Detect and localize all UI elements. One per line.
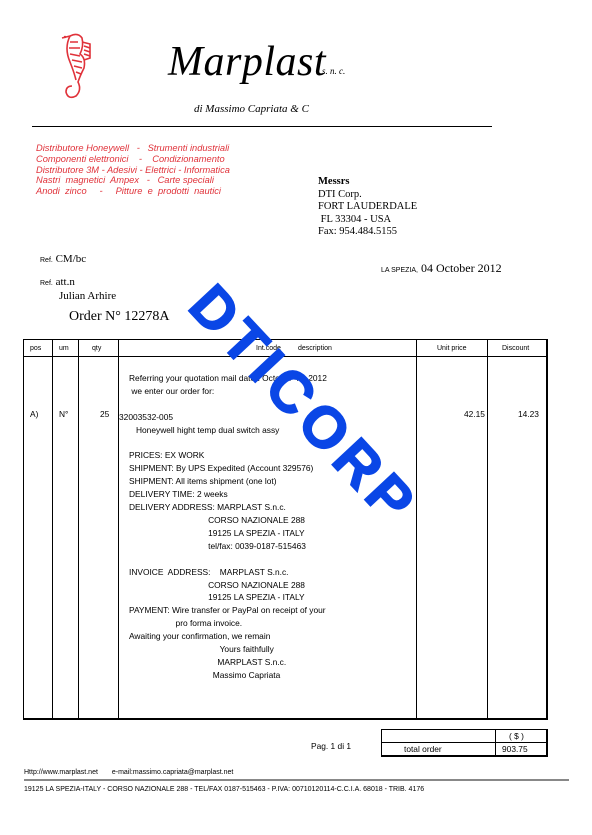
total-value: 903.75 <box>502 744 528 754</box>
footer-contacts: Http://www.marplast.net e-mail:massimo.c… <box>24 769 233 776</box>
company-brand: Marplast <box>168 38 326 86</box>
ref-value: CM/bc <box>56 253 87 265</box>
description-line: Referring your quotation mail dated Octo… <box>129 372 327 385</box>
date-city: LA SPEZIA, <box>381 267 418 274</box>
column-header-unit-price: Unit price <box>437 345 467 352</box>
description-line: SHIPMENT: All items shipment (one lot) <box>129 475 327 488</box>
description-line: 19125 LA SPEZIA - ITALY <box>129 591 327 604</box>
document-date: LA SPEZIA, 04 October 2012 <box>381 261 502 276</box>
description-line: Yours faithfully <box>129 643 327 656</box>
company-suffix: s. n. c. <box>322 66 345 76</box>
email-link[interactable]: e-mail:massimo.capriata@marplast.net <box>112 769 233 776</box>
recipient-line: FORT LAUDERDALE <box>318 201 417 214</box>
column-divider <box>52 340 53 718</box>
currency-label: ( $ ) <box>509 731 524 741</box>
company-owner: di Massimo Capriata & C <box>194 103 309 115</box>
description-line: CORSO NAZIONALE 288 <box>129 514 327 527</box>
order-table: pos um qty Int.code description Unit pri… <box>23 339 548 720</box>
service-line: Componenti elettronici - Condizionamento <box>36 154 230 165</box>
column-divider <box>118 340 119 718</box>
description-line: Massimo Capriata <box>129 669 327 682</box>
description-line: pro forma invoice. <box>129 617 327 630</box>
footer-address: 19125 LA SPEZIA-ITALY - CORSO NAZIONALE … <box>24 786 424 793</box>
ref-label: Ref. <box>40 280 53 287</box>
recipient-heading: Messrs <box>318 176 417 189</box>
recipient-line: DTI Corp. <box>318 189 417 202</box>
description-line: PAYMENT: Wire transfer or PayPal on rece… <box>129 604 327 617</box>
totals-box: ( $ ) total order 903.75 <box>381 729 548 757</box>
reference-1: Ref. CM/bc <box>40 253 86 265</box>
contact-name: Julian Arhire <box>40 290 116 303</box>
description-line <box>129 437 327 450</box>
services-list: Distributore Honeywell - Strumenti indus… <box>36 143 230 197</box>
row-unit-price: 42.15 <box>464 409 485 419</box>
order-description: Referring your quotation mail dated Octo… <box>129 372 327 682</box>
header-divider <box>32 126 492 127</box>
recipient-line: Fax: 954.484.5155 <box>318 226 417 239</box>
description-line <box>129 553 327 566</box>
reference-2: Ref. att.n Julian Arhire <box>40 276 116 303</box>
service-line: Nastri magnetici Ampex - Carte speciali <box>36 175 230 186</box>
description-line <box>129 398 327 411</box>
column-divider <box>487 340 488 718</box>
row-qty: 25 <box>100 409 109 419</box>
recipient-address: Messrs DTI Corp. FORT LAUDERDALE FL 3330… <box>318 176 417 239</box>
header-divider <box>24 356 546 357</box>
description-line: PRICES: EX WORK <box>129 449 327 462</box>
column-divider <box>78 340 79 718</box>
service-line: Distributore 3M - Adesivi - Elettrici - … <box>36 165 230 176</box>
ref-value: att.n <box>56 276 75 288</box>
column-header-pos: pos <box>30 345 41 352</box>
website-link[interactable]: Http://www.marplast.net <box>24 769 98 776</box>
description-line: DELIVERY ADDRESS: MARPLAST S.n.c. <box>129 501 327 514</box>
column-header-qty: qty <box>92 345 101 352</box>
order-title: Order N° 12278A <box>69 309 169 325</box>
column-header-discount: Discount <box>502 345 529 352</box>
page-indicator: Pag. 1 di 1 <box>311 741 351 751</box>
totals-divider <box>382 742 546 743</box>
row-pos: A) <box>30 409 38 419</box>
column-header-description: description <box>298 345 332 352</box>
description-line: 32003532-005 <box>119 411 327 424</box>
description-line: 19125 LA SPEZIA - ITALY <box>129 527 327 540</box>
description-line: DELIVERY TIME: 2 weeks <box>129 488 327 501</box>
description-line: CORSO NAZIONALE 288 <box>129 579 327 592</box>
footer-divider <box>24 779 569 781</box>
description-line: MARPLAST S.n.c. <box>129 656 327 669</box>
total-label: total order <box>404 744 442 754</box>
column-header-code: Int.code <box>256 345 281 352</box>
row-discount: 14.23 <box>518 409 539 419</box>
description-line: Honeywell hight temp dual switch assy <box>129 424 327 437</box>
description-line: SHIPMENT: By UPS Expedited (Account 3295… <box>129 462 327 475</box>
date-value: 04 October 2012 <box>421 261 502 275</box>
ref-label: Ref. <box>40 257 53 264</box>
column-divider <box>416 340 417 718</box>
seahorse-logo-icon <box>56 28 96 104</box>
recipient-line: FL 33304 - USA <box>318 214 417 227</box>
service-line: Distributore Honeywell - Strumenti indus… <box>36 143 230 154</box>
description-line: we enter our order for: <box>129 385 327 398</box>
service-line: Anodi zinco - Pitture e prodotti nautici <box>36 186 230 197</box>
column-header-um: um <box>59 345 69 352</box>
row-um: N° <box>59 409 68 419</box>
description-line: Awaiting your confirmation, we remain <box>129 630 327 643</box>
description-line: INVOICE ADDRESS: MARPLAST S.n.c. <box>129 566 327 579</box>
description-line: tel/fax: 0039-0187-515463 <box>129 540 327 553</box>
